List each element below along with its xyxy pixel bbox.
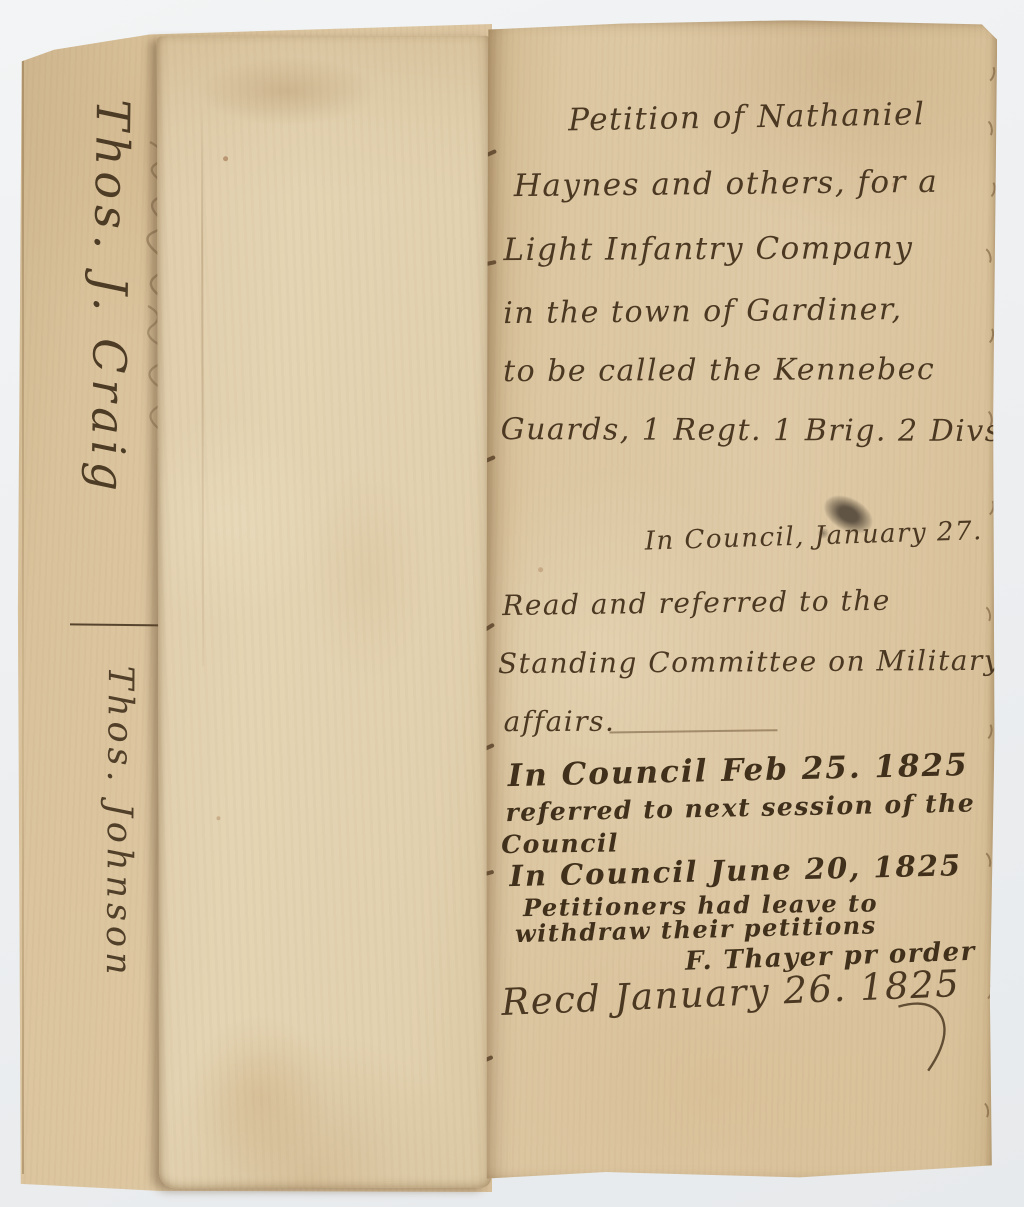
deckle-tear <box>977 118 994 140</box>
pen-flourish <box>892 993 956 1073</box>
deckle-tear <box>975 245 994 268</box>
deckle-tear <box>980 178 997 200</box>
council-note-line: Standing Committee on Military <box>498 646 1001 680</box>
folded-blank-leaf <box>157 36 491 1189</box>
received-note: Recd January 26. 1825 <box>501 964 961 1024</box>
deckle-tear <box>977 980 995 1002</box>
council-heading: In Council, January 27. 1825 <box>644 515 1024 557</box>
deckle-tear <box>978 496 996 519</box>
foxing-spot <box>538 567 543 572</box>
front-page: Petition of Nathaniel Haynes and others,… <box>484 19 997 1184</box>
ink-smudge <box>816 528 830 538</box>
deckle-tear <box>975 604 993 626</box>
foxing-spot <box>892 183 896 187</box>
clerk-signature: F. Thayer pr order <box>685 938 977 977</box>
council-note-line: Council <box>501 829 619 858</box>
paper-stain <box>189 1016 329 1176</box>
title-line: in the town of Gardiner, <box>503 293 902 330</box>
ink-smudge <box>818 488 879 541</box>
title-line: Light Infantry Company <box>503 231 913 267</box>
deckle-tear <box>977 408 994 430</box>
ink-rule <box>609 729 777 733</box>
council-note-line: affairs. <box>504 707 616 738</box>
fold-crease <box>201 106 204 666</box>
paper-edge-crease <box>22 54 24 1174</box>
council-note-line: Petitioners had leave to <box>523 890 878 921</box>
deckle-tear <box>979 62 997 85</box>
foxing-spot <box>216 816 220 820</box>
title-line: Guards, 1 Regt. 1 Brig. 2 Divs. <box>501 413 1013 448</box>
council-note-line: referred to next session of the <box>505 789 975 826</box>
paper-stain <box>197 56 377 126</box>
title-line: to be called the Kennebec <box>503 353 935 388</box>
deckle-tear <box>977 720 994 742</box>
council-note-line: Read and referred to the <box>502 586 891 622</box>
deckle-tear <box>978 324 995 346</box>
title-line: Haynes and others, for a <box>514 165 939 203</box>
council-note-line: In Council June 20, 1825 <box>509 850 962 893</box>
title-line: Petition of Nathaniel <box>568 97 926 137</box>
docket-signature-bottom: Thos. Johnson <box>63 665 166 1038</box>
scan-background: Thos. J. Craig Thos. Johnson <box>0 0 1024 1207</box>
deckle-tear <box>975 850 993 873</box>
council-note-line: In Council Feb 25. 1825 <box>507 748 969 793</box>
council-note-line: withdraw their petitions <box>515 912 877 947</box>
foxing-spot <box>223 156 228 161</box>
paper-stain <box>308 466 428 686</box>
deckle-tear <box>974 1100 991 1122</box>
